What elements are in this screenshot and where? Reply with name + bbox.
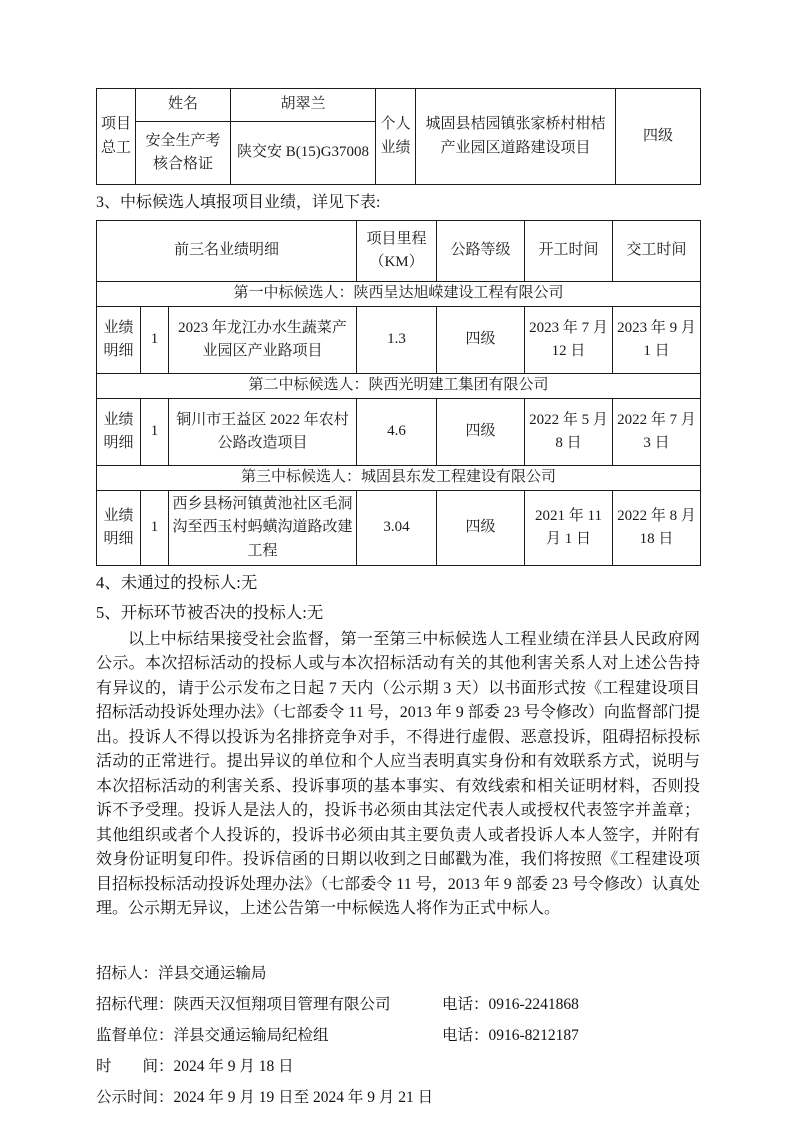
header-grade: 公路等级 xyxy=(437,221,525,282)
cell-grade: 四级 xyxy=(437,491,525,566)
supervision-notice-paragraph: 以上中标结果接受社会监督，第一至第三中标候选人工程业绩在洋县人民政府网公示。本次… xyxy=(96,628,700,922)
supervisor-name: 监督单位：洋县交通运输局纪检组 xyxy=(96,1027,329,1044)
cell-start-date: 2021 年 11 月 1 日 xyxy=(525,491,613,566)
cell-seq: 1 xyxy=(141,491,169,566)
section3-heading: 3、中标候选人填报项目业绩，详见下表: xyxy=(96,190,700,216)
perf-row: 业绩明细 1 2023 年龙江办水生蔬菜产业园区产业路项目 1.3 四级 202… xyxy=(97,307,701,374)
supervisor-line: 监督单位：洋县交通运输局纪检组 电话：0916-8212187 xyxy=(96,1020,700,1051)
candidate-3-name: 第三中标候选人：城固县东发工程建设有限公司 xyxy=(97,466,701,491)
header-mileage: 项目里程 （KM） xyxy=(357,221,437,282)
cell-perf-project: 城固县桔园镇张家桥村柑桔产业园区道路建设项目 xyxy=(416,89,616,185)
cell-end-date: 2023 年 9 月 1 日 xyxy=(613,307,701,374)
table-header-row: 前三名业绩明细 项目里程 （KM） 公路等级 开工时间 交工时间 xyxy=(97,221,701,282)
cell-grade: 四级 xyxy=(437,399,525,466)
date-line: 时 间：2024 年 9 月 18 日 xyxy=(96,1051,700,1082)
cell-end-date: 2022 年 8 月 18 日 xyxy=(613,491,701,566)
cell-name-label: 姓名 xyxy=(136,89,231,122)
cell-mileage: 3.04 xyxy=(357,491,437,566)
cell-start-date: 2022 年 5 月 8 日 xyxy=(525,399,613,466)
cell-seq: 1 xyxy=(141,307,169,374)
cell-project-name: 西乡县杨河镇黄池社区毛洞沟至西玉村蚂蟥沟道路改建工程 xyxy=(169,491,357,566)
cell-perf-grade: 四级 xyxy=(616,89,701,185)
document-content: 项目总工 姓名 胡翠兰 个人业绩 城固县桔园镇张家桥村柑桔产业园区道路建设项目 … xyxy=(96,88,700,1113)
cell-perf-label: 业绩明细 xyxy=(97,491,141,566)
candidate-2-name: 第二中标候选人：陕西光明建工集团有限公司 xyxy=(97,374,701,399)
candidate-row: 第一中标候选人：陕西呈达旭嵘建设工程有限公司 xyxy=(97,282,701,307)
cell-mileage: 4.6 xyxy=(357,399,437,466)
cell-perf-label: 业绩明细 xyxy=(97,307,141,374)
cell-start-date: 2023 年 7 月 12 日 xyxy=(525,307,613,374)
candidate-row: 第三中标候选人：城固县东发工程建设有限公司 xyxy=(97,466,701,491)
header-detail: 前三名业绩明细 xyxy=(97,221,357,282)
perf-row: 业绩明细 1 铜川市王益区 2022 年农村公路改造项目 4.6 四级 2022… xyxy=(97,399,701,466)
cell-cert-value: 陕交安 B(15)G37008 xyxy=(231,122,376,185)
cell-mileage: 1.3 xyxy=(357,307,437,374)
cell-end-date: 2022 年 7 月 3 日 xyxy=(613,399,701,466)
cell-seq: 1 xyxy=(141,399,169,466)
publicity-period-line: 公示时间：2024 年 9 月 19 日至 2024 年 9 月 21 日 xyxy=(96,1082,700,1113)
document-page: 项目总工 姓名 胡翠兰 个人业绩 城固县桔园镇张家桥村柑桔产业园区道路建设项目 … xyxy=(0,0,793,1122)
cell-perf-label: 业绩明细 xyxy=(97,399,141,466)
cell-grade: 四级 xyxy=(437,307,525,374)
perf-row: 业绩明细 1 西乡县杨河镇黄池社区毛洞沟至西玉村蚂蟥沟道路改建工程 3.04 四… xyxy=(97,491,701,566)
header-end: 交工时间 xyxy=(613,221,701,282)
agent-name: 招标代理：陕西天汉恒翔项目管理有限公司 xyxy=(96,996,391,1013)
supervisor-phone: 电话：0916-8212187 xyxy=(442,1020,579,1051)
footer-block: 招标人：洋县交通运输局 招标代理：陕西天汉恒翔项目管理有限公司 电话：0916-… xyxy=(96,958,700,1113)
cell-cert-label: 安全生产考核合格证 xyxy=(136,122,231,185)
bidder-line: 招标人：洋县交通运输局 xyxy=(96,958,700,989)
candidate-1-name: 第一中标候选人：陕西呈达旭嵘建设工程有限公司 xyxy=(97,282,701,307)
section4-heading: 4、未通过的投标人:无 xyxy=(96,570,700,596)
section5-heading: 5、开标环节被否决的投标人:无 xyxy=(96,600,700,626)
cell-personal-perf-label: 个人业绩 xyxy=(376,89,416,185)
cell-project-name: 2023 年龙江办水生蔬菜产业园区产业路项目 xyxy=(169,307,357,374)
cell-project-name: 铜川市王益区 2022 年农村公路改造项目 xyxy=(169,399,357,466)
cell-name-value: 胡翠兰 xyxy=(231,89,376,122)
agent-phone: 电话：0916-2241868 xyxy=(442,989,579,1020)
table-row: 项目总工 姓名 胡翠兰 个人业绩 城固县桔园镇张家桥村柑桔产业园区道路建设项目 … xyxy=(97,89,701,122)
cell-role-label: 项目总工 xyxy=(97,89,136,185)
agent-line: 招标代理：陕西天汉恒翔项目管理有限公司 电话：0916-2241868 xyxy=(96,989,700,1020)
chief-engineer-table: 项目总工 姓名 胡翠兰 个人业绩 城固县桔园镇张家桥村柑桔产业园区道路建设项目 … xyxy=(96,88,701,185)
header-start: 开工时间 xyxy=(525,221,613,282)
candidate-row: 第二中标候选人：陕西光明建工集团有限公司 xyxy=(97,374,701,399)
performance-table: 前三名业绩明细 项目里程 （KM） 公路等级 开工时间 交工时间 第一中标候选人… xyxy=(96,220,701,566)
